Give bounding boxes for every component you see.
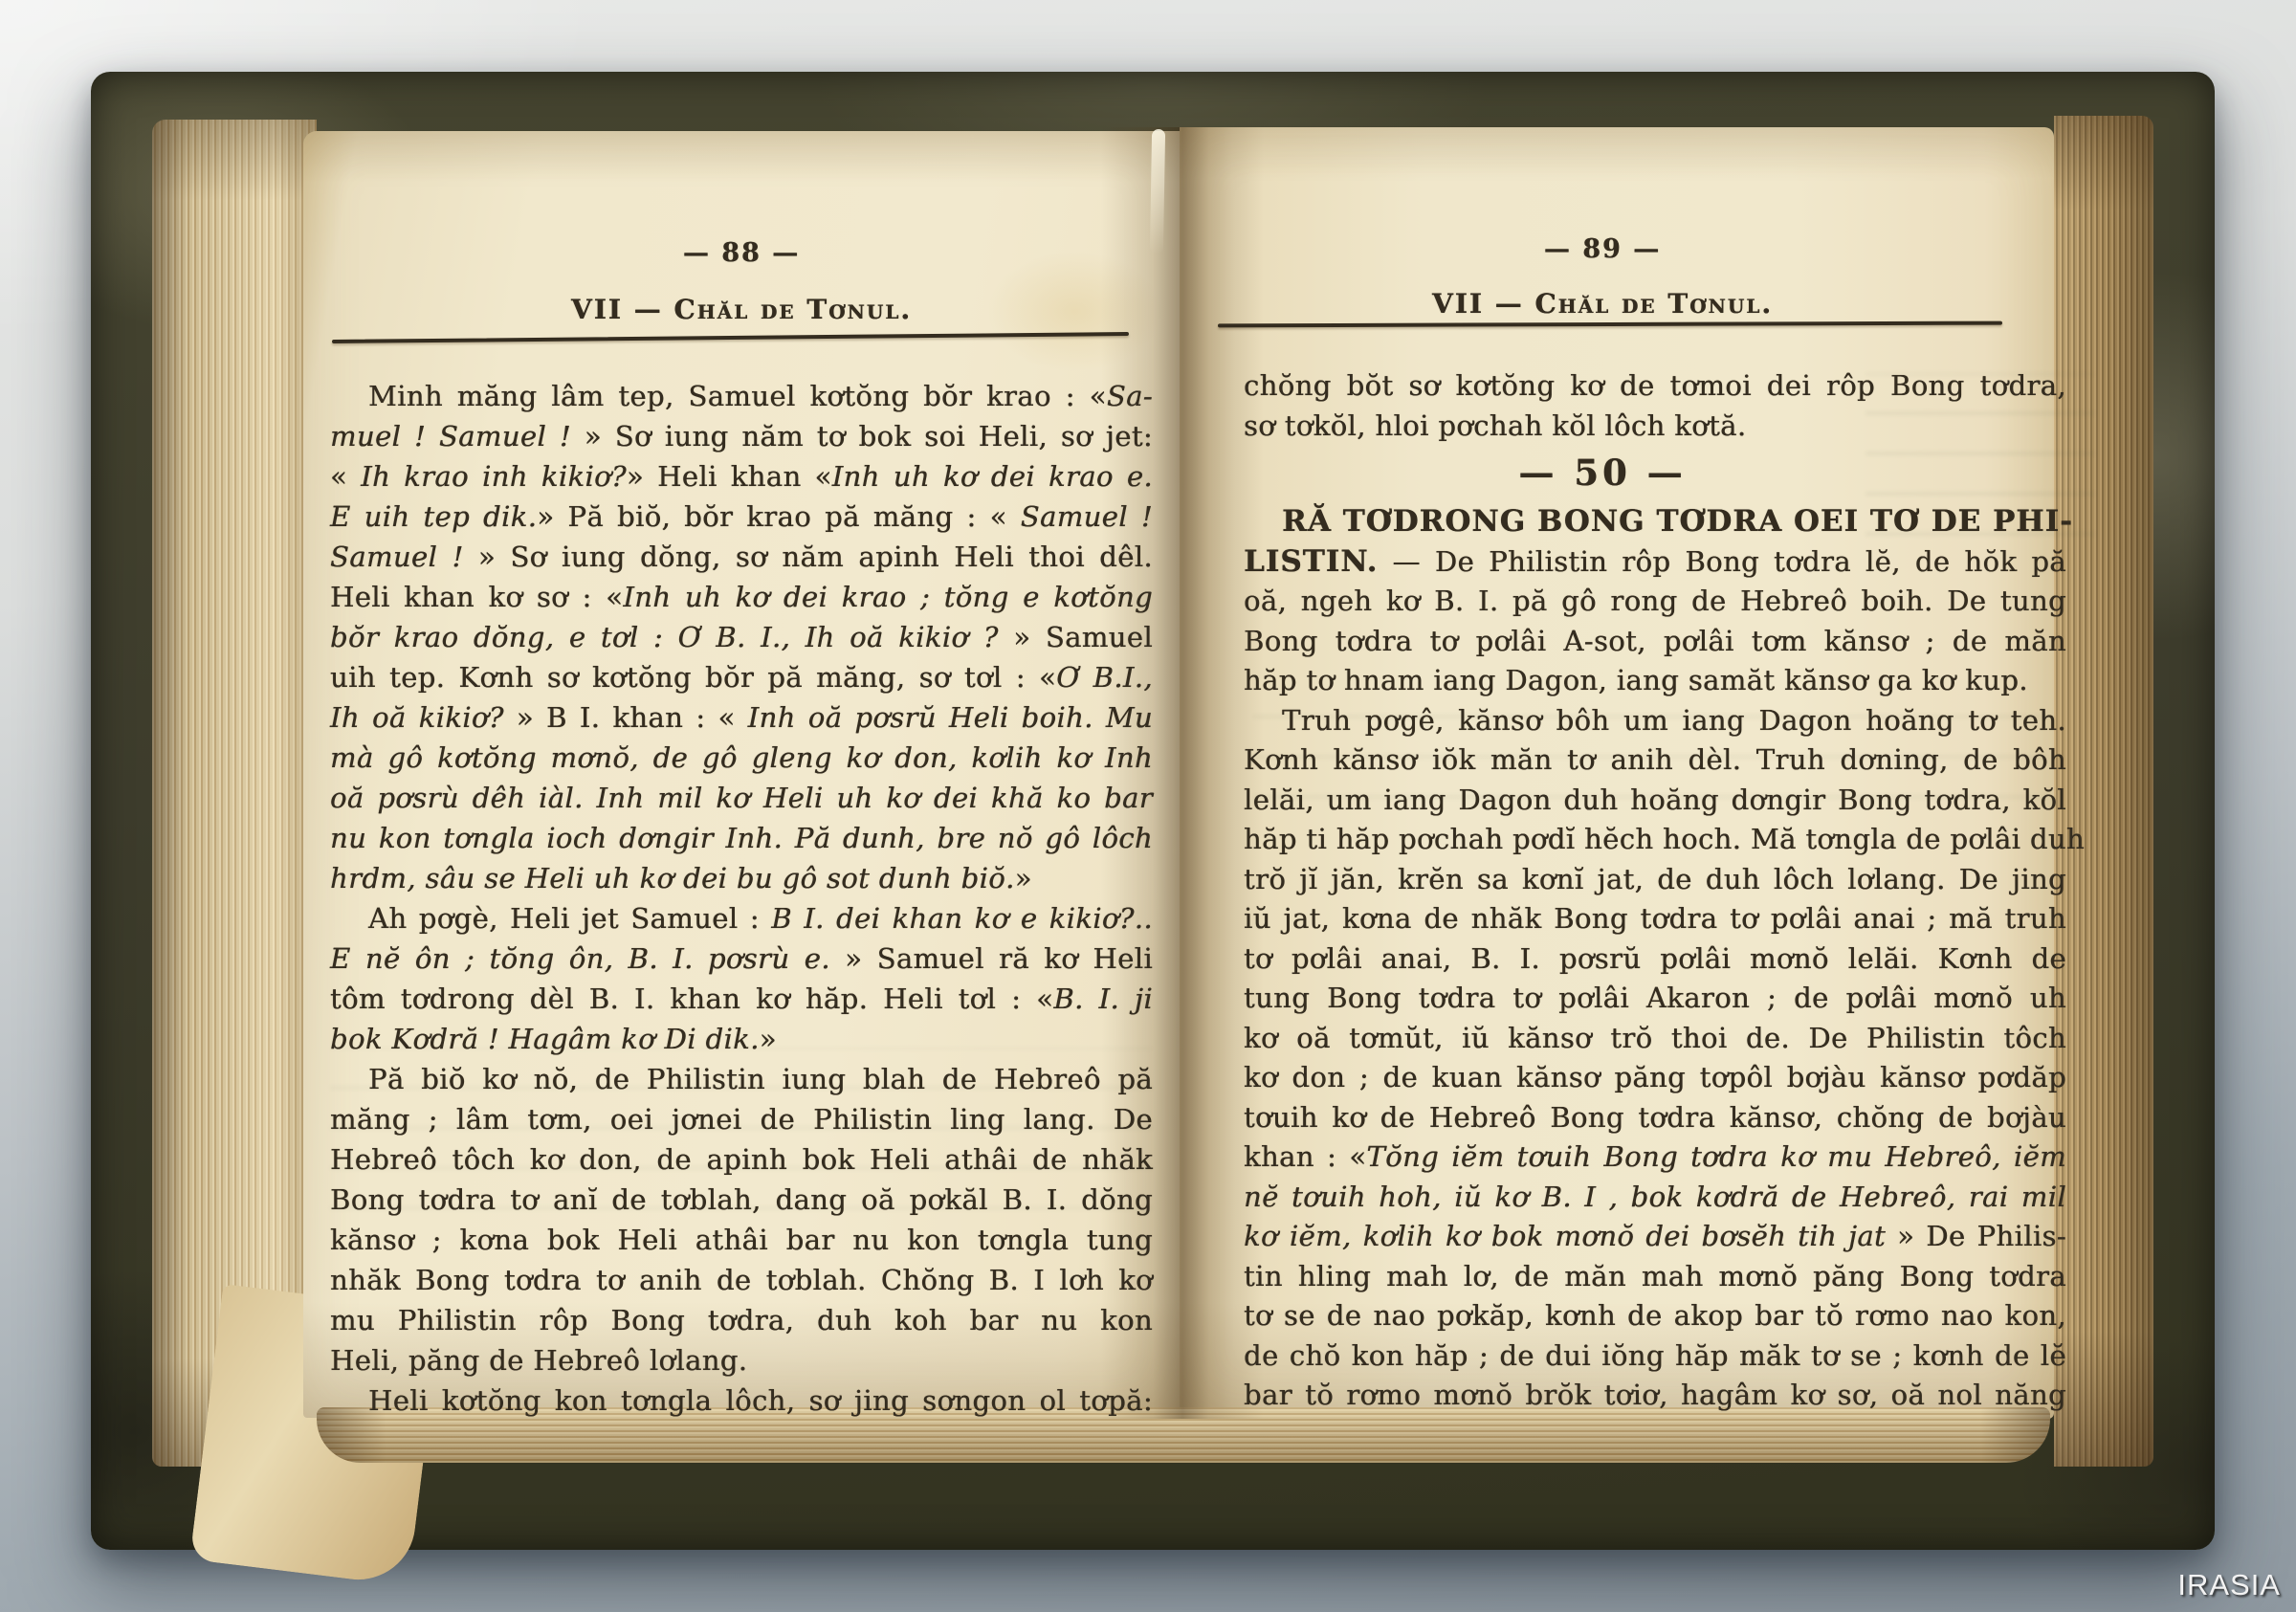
text-line: nĕ tơuih hoh, iŭ kơ B. I , bok kơdră de … [1244,1178,2066,1218]
text-line: iŭ jat, kơna de nhăk Bong tơdra tơ pơlâi… [1244,899,2066,939]
text-line: khan : «Tŏng iĕm tơuih Bong tơdra kơ mu … [1244,1137,2066,1178]
photo-background: { "watermark": "IRASIA", "colors": { "ba… [0,0,2296,1612]
text-line: Hebreô tôch kơ don, de apinh bok Heli at… [330,1139,1153,1180]
text-line: uih tep. Kơnh sơ kơtŏng bŏr pă măng, sơ … [330,657,1153,697]
text-line: Bong tơdra tơ anĭ de tơblah, dang oă pơk… [330,1180,1153,1220]
running-header-left: VII — Chăl de Tơnul. [330,294,1153,325]
text-line: mu Philistin rôp Bong tơdra, duh koh bar… [330,1300,1153,1340]
text-line: kơ oă tơmŭt, iŭ kănsơ trŏ thoi de. De Ph… [1244,1019,2066,1059]
text-line: trŏ jĭ jăn, krĕn sa kơnĭ jat, de duh lôc… [1244,860,2066,900]
page-stack-left-edge [152,120,317,1467]
text-line: hrdm, sâu se Heli uh kơ dei bu gô sot du… [330,858,1153,898]
text-line: tơ se de nao pơkăp, kơnh de akop bar tŏ … [1244,1296,2066,1336]
page-number-left: — 88 — [330,238,1153,268]
text-line: « Ih krao inh kikiơ?» Heli khan «Inh uh … [330,456,1153,497]
running-header-right: VII — Chăl de Tơnul. [1191,288,2014,320]
text-line: Ah pơgè, Heli jet Samuel : B I. dei khan… [330,898,1153,938]
text-line: sơ tơkŏl, hloi pơchah kŏl lôch kơtă. [1244,406,2066,446]
text-line: bŏr krao dŏng, e tơl : Ơ B. I., Ih oă ki… [330,617,1153,657]
text-column-right-main: RĂ TƠDRONG BONG TƠDRA OEI TƠ DE PHI-LIST… [1244,502,2066,1416]
page-number-right: — 89 — [1191,234,2014,264]
text-line: măng ; lâm tơm, oei jơnei de Philistin l… [330,1099,1153,1139]
text-line: tung Bong tơdra tơ pơlâi Akaron ; de pơl… [1244,979,2066,1019]
text-line: Truh pơgê, kănsơ bôh um iang Dagon hoăng… [1244,701,2066,741]
text-line: Heli khan kơ sơ : «Inh uh kơ dei krao ; … [330,577,1153,617]
text-line: Ih oă kikiơ? » B I. khan : « Inh oă pơsr… [330,697,1153,738]
text-line: muel ! Samuel ! » Sơ iung năm tơ bok soi… [330,416,1153,456]
text-line: Minh măng lâm tep, Samuel kơtŏng bŏr kra… [330,376,1153,416]
text-line: E nĕ ôn ; tŏng ôn, B. I. pơsrù e. » Samu… [330,938,1153,979]
text-line: E uih tep dik.» Pă biŏ, bŏr krao pă măng… [330,497,1153,537]
text-line: tôm tơdrong dèl B. I. khan kơ hăp. Heli … [330,979,1153,1019]
text-line: hăp tơ hnam iang Dagon, iang samăt kănsơ… [1244,661,2066,701]
page-stack-right-edge [2054,116,2153,1467]
text-line: chŏng bŏt sơ kơtŏng kơ de tơmoi dei rôp … [1244,365,2066,406]
text-line: bok Kơdră ! Hagâm kơ Di dik.» [330,1019,1153,1059]
text-line: oă pơsrù dêh iàl. Inh mil kơ Heli uh kơ … [330,778,1153,818]
text-line: Samuel ! » Sơ iung dŏng, sơ năm apinh He… [330,537,1153,577]
text-line: nu kon tơngla ioch dơngir Inh. Pă dunh, … [330,818,1153,858]
text-line: nhăk Bong tơdra tơ anih de tơblah. Chŏng… [330,1260,1153,1300]
section-number-block: — 50 — [1244,446,2066,502]
text-line: kănsơ ; kơna bok Heli athâi bar nu kon t… [330,1220,1153,1260]
text-line: Heli, păng de Hebreô lơlang. [330,1340,1153,1380]
text-line: Bong tơdra tơ pơlâi A-sot, pơlâi tơm kăn… [1244,622,2066,662]
text-line: lelăi, um iang Dagon duh hoăng dơngir Bo… [1244,781,2066,821]
section-number: — 50 — [1191,446,2014,502]
text-line: kơ iĕm, kơlih kơ bok mơnŏ dei bơsĕh tih … [1244,1217,2066,1257]
open-book-photo: — 88 — VII — Chăl de Tơnul. Minh măng lâ… [91,72,2215,1550]
text-line: oă, ngeh kơ B. I. pă gô rong de Hebreô b… [1244,582,2066,622]
text-line: bar tŏ rơmo mơnŏ brŏk tơiơ, hagâm kơ sơ,… [1244,1376,2066,1416]
text-line: kơ don ; de kuan kănsơ păng tơpôl bơjàu … [1244,1058,2066,1098]
gutter-crease-highlight [1150,129,1165,254]
watermark: IRASIA [2177,1568,2281,1602]
text-line: tơ pơlâi anai, B. I. pơsrŭ pơlâi mơnŏ le… [1244,939,2066,980]
text-column-left: Minh măng lâm tep, Samuel kơtŏng bŏr kra… [330,376,1153,1421]
text-line: tin hling mah lơ, de măn mah mơnŏ păng B… [1244,1257,2066,1297]
text-line: LISTIN. — De Philistin rôp Bong tơdra lĕ… [1244,542,2066,583]
text-line: hăp ti hăp pơchah pơdĭ hĕch hoch. Mă tơn… [1244,820,2066,860]
text-column-right-intro: chŏng bŏt sơ kơtŏng kơ de tơmoi dei rôp … [1244,365,2066,446]
text-line: Kơnh kănsơ iŏk măn tơ anih dèl. Truh dơn… [1244,740,2066,781]
text-line: de chŏ kon hăp ; de dui iŏng hăp măk tơ … [1244,1336,2066,1377]
text-line: Heli kơtŏng kon tơngla lôch, sơ jing sơn… [330,1380,1153,1421]
text-line: Pă biŏ kơ nŏ, de Philistin iung blah de … [330,1059,1153,1099]
text-line: RĂ TƠDRONG BONG TƠDRA OEI TƠ DE PHI- [1244,502,2066,542]
text-line: mà gô kơtŏng mơnŏ, de gô gleng kơ don, k… [330,738,1153,778]
text-line: tơuih kơ de Hebreô Bong tơdra kănsơ, chŏ… [1244,1098,2066,1138]
